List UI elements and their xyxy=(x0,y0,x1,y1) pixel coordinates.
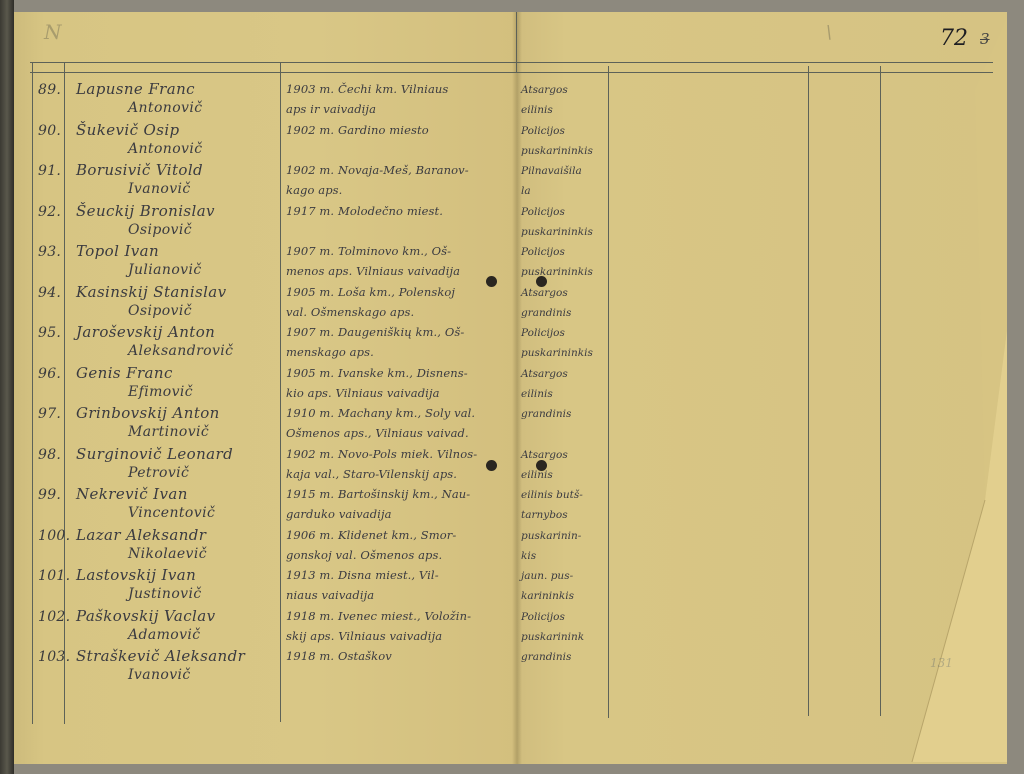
entry-surname-name: Šukevič Osip xyxy=(76,121,180,139)
entry-surname-name: Surginovič Leonard xyxy=(76,445,233,463)
entry-birth-line2: niaus vaivadija xyxy=(286,588,374,602)
column-rule-left-edge xyxy=(32,62,33,724)
entry-birth-line2: skij aps. Vilniaus vaivadija xyxy=(286,629,442,643)
entry-surname-name: Straškevič Aleksandr xyxy=(76,647,245,665)
entry-number: 90. xyxy=(38,123,61,139)
entry-occupation-line1: puskarinin- xyxy=(521,530,581,542)
entry-patronymic: Ivanovič xyxy=(128,667,191,683)
entry-surname-name: Lazar Aleksandr xyxy=(76,526,206,544)
entry-occupation-line1: Policijos xyxy=(521,327,565,339)
folio-number: 72 xyxy=(940,26,968,51)
entry-occupation-line1: eilinis butš- xyxy=(521,489,583,501)
punch-hole xyxy=(486,460,497,471)
entry-occupation-line1: Atsargos xyxy=(521,84,568,96)
entry-surname-name: Nekrevič Ivan xyxy=(76,485,188,503)
entry-birth-line1: 1906 m. Klidenet km., Smor- xyxy=(286,528,456,542)
entry-birth-line2: menos aps. Vilniaus vaivadija xyxy=(286,264,460,278)
entry-birth-line1: 1910 m. Machany km., Soly val. xyxy=(286,406,475,420)
entry-birth-line2: val. Ošmenskago aps. xyxy=(286,305,414,319)
column-rule-birth xyxy=(516,12,517,72)
entry-birth-line1: 1905 m. Loša km., Polenskoj xyxy=(286,285,455,299)
header-faint-mark: \ xyxy=(826,22,832,43)
entry-patronymic: Ivanovič xyxy=(128,181,191,197)
entry-birth-line1: 1902 m. Novaja-Meš, Baranov- xyxy=(286,163,469,177)
column-rule-6 xyxy=(880,66,881,716)
entry-birth-line2: kio aps. Vilniaus vaivadija xyxy=(286,386,440,400)
entry-occupation-line2: la xyxy=(521,185,531,197)
faint-stamp: 131 xyxy=(930,656,953,670)
entry-birth-line2: aps ir vaivadija xyxy=(286,102,376,116)
entry-surname-name: Lastovskij Ivan xyxy=(76,566,196,584)
entry-occupation-line2: eilinis xyxy=(521,104,553,116)
entry-occupation-line2: grandinis xyxy=(521,307,571,319)
entry-birth-line1: 1902 m. Novo-Pols miek. Vilnos- xyxy=(286,447,477,461)
entry-occupation-line2: tarnybos xyxy=(521,509,568,521)
entry-occupation-line1: Atsargos xyxy=(521,368,568,380)
entry-surname-name: Paškovskij Vaclav xyxy=(76,607,215,625)
entry-occupation-line1: jaun. pus- xyxy=(521,570,573,582)
folio-old-number-struck: 3 xyxy=(980,30,990,48)
right-page xyxy=(517,12,1007,764)
entry-number: 103. xyxy=(38,649,70,665)
column-rule-number xyxy=(64,62,65,724)
entry-patronymic: Justinovič xyxy=(128,586,202,602)
entry-number: 94. xyxy=(38,285,61,301)
entry-number: 89. xyxy=(38,82,61,98)
column-rule-occupation xyxy=(608,66,609,718)
entry-number: 92. xyxy=(38,204,61,220)
entry-birth-line2: Ošmenos aps., Vilniaus vaivad. xyxy=(286,426,469,440)
entry-patronymic: Efimovič xyxy=(128,384,193,400)
entry-occupation-line2: puskarininkis xyxy=(521,145,593,157)
entry-occupation-line1: Atsargos xyxy=(521,449,568,461)
entry-birth-line1: 1907 m. Daugeniškių km., Oš- xyxy=(286,325,464,339)
entry-patronymic: Osipovič xyxy=(128,222,192,238)
entry-birth-line1: 1907 m. Tolminovo km., Oš- xyxy=(286,244,451,258)
header-rule-bottom xyxy=(30,72,993,73)
column-rule-name xyxy=(280,62,281,722)
entry-number: 100. xyxy=(38,528,70,544)
entry-patronymic: Adamovič xyxy=(128,627,201,643)
entry-patronymic: Vincentovič xyxy=(128,505,215,521)
entry-number: 99. xyxy=(38,487,61,503)
entry-birth-line1: 1902 m. Gardino miesto xyxy=(286,123,429,137)
column-rule-5 xyxy=(808,66,809,716)
entry-occupation-line1: Policijos xyxy=(521,125,565,137)
entry-birth-line2: garduko vaivadija xyxy=(286,507,392,521)
entry-patronymic: Aleksandrovič xyxy=(128,343,233,359)
entry-surname-name: Grinbovskij Anton xyxy=(76,404,220,422)
entry-occupation-line2: puskarininkis xyxy=(521,266,593,278)
entry-occupation-line1: Pilnavaišila xyxy=(521,165,582,177)
entry-birth-line1: 1918 m. Ivenec miest., Voložin- xyxy=(286,609,471,623)
entry-number: 101. xyxy=(38,568,70,584)
entry-number: 102. xyxy=(38,609,70,625)
entry-occupation-line1: Policijos xyxy=(521,246,565,258)
entry-birth-line2: gonskoj val. Ošmenos aps. xyxy=(286,548,442,562)
book-binding-edge xyxy=(0,0,14,774)
entry-birth-line1: 1903 m. Čechi km. Vilniaus xyxy=(286,82,448,96)
entry-birth-line2: menskago aps. xyxy=(286,345,374,359)
entry-surname-name: Lapusne Franc xyxy=(76,80,195,98)
entry-patronymic: Martinovič xyxy=(128,424,209,440)
entry-number: 95. xyxy=(38,325,61,341)
entry-surname-name: Jaroševskij Anton xyxy=(76,323,215,341)
entry-surname-name: Genis Franc xyxy=(76,364,173,382)
entry-surname-name: Borusivič Vitold xyxy=(76,161,203,179)
punch-hole xyxy=(486,276,497,287)
entry-patronymic: Petrovič xyxy=(128,465,189,481)
entry-birth-line1: 1913 m. Disna miest., Vil- xyxy=(286,568,439,582)
entry-surname-name: Topol Ivan xyxy=(76,242,159,260)
corner-mark: N xyxy=(44,20,62,44)
entry-number: 98. xyxy=(38,447,61,463)
entry-number: 91. xyxy=(38,163,61,179)
entry-occupation-line1: grandinis xyxy=(521,651,571,663)
entry-patronymic: Antonovič xyxy=(128,100,202,116)
entry-birth-line1: 1905 m. Ivanske km., Disnens- xyxy=(286,366,468,380)
entry-patronymic: Antonovič xyxy=(128,141,202,157)
entry-occupation-line2: puskarininkis xyxy=(521,226,593,238)
entry-birth-line2: kaja val., Staro-Vilenskij aps. xyxy=(286,467,457,481)
entry-occupation-line2: karininkis xyxy=(521,590,574,602)
entry-number: 93. xyxy=(38,244,61,260)
entry-patronymic: Osipovič xyxy=(128,303,192,319)
entry-number: 97. xyxy=(38,406,61,422)
entry-occupation-line1: Atsargos xyxy=(521,287,568,299)
entry-birth-line1: 1918 m. Ostaškov xyxy=(286,649,392,663)
entry-number: 96. xyxy=(38,366,61,382)
entry-occupation-line2: kis xyxy=(521,550,536,562)
entry-patronymic: Julianovič xyxy=(128,262,202,278)
entry-occupation-line1: Policijos xyxy=(521,611,565,623)
entry-occupation-line2: puskarininkis xyxy=(521,347,593,359)
entry-occupation-line2: puskarinink xyxy=(521,631,584,643)
header-rule-top xyxy=(30,62,993,63)
entry-birth-line2: kago aps. xyxy=(286,183,342,197)
entry-patronymic: Nikolaevič xyxy=(128,546,207,562)
entry-occupation-line2: eilinis xyxy=(521,388,553,400)
entry-birth-line1: 1915 m. Bartošinskij km., Nau- xyxy=(286,487,470,501)
entry-occupation-line1: Policijos xyxy=(521,206,565,218)
entry-surname-name: Šeuckij Bronislav xyxy=(76,202,215,220)
entry-occupation-line2: eilinis xyxy=(521,469,553,481)
entry-birth-line1: 1917 m. Molodečno miest. xyxy=(286,204,443,218)
entry-surname-name: Kasinskij Stanislav xyxy=(76,283,227,301)
entry-occupation-line1: grandinis xyxy=(521,408,571,420)
